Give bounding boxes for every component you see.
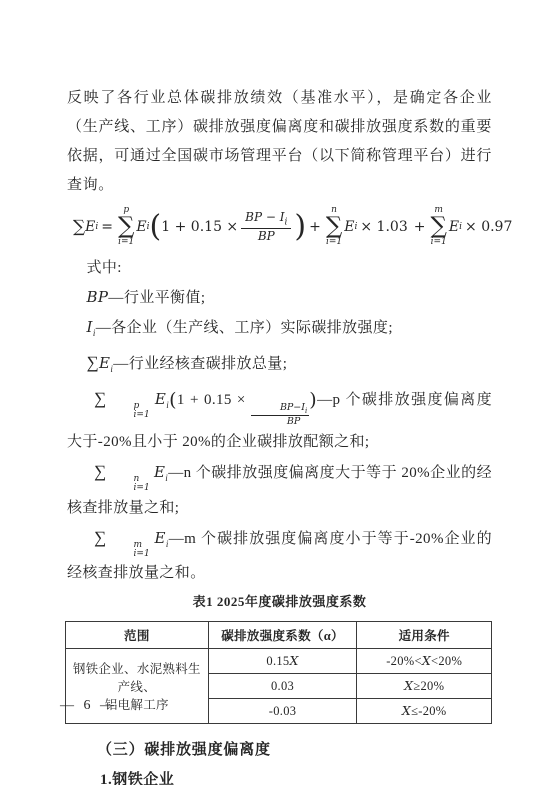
where-label: 式中: [67,254,492,283]
inner-expression: 1 + 0.15 × [161,219,238,235]
main-formula: ∑Ei = p ∑ i=1 Ei ( 1 + 0.15 × BP − Ii BP… [73,200,492,254]
definition-sum-m: ∑mi=1 Ei—m 个碳排放强度偏离度小于等于-20%企业的经核查排放量之和。 [67,523,492,589]
close-paren: ) [309,389,317,411]
section-heading: （三）碳排放强度偏离度 [67,738,492,762]
formula-lhs: ∑Ei = [73,217,116,237]
definition-ii: Ii—各企业（生产线、工序）实际碳排放强度; [67,313,492,348]
coefficient-table: 范围 碳排放强度系数（α） 适用条件 钢铁企业、水泥熟料生产线、铝电解工序 0.… [65,621,492,724]
summation-p: p ∑ i=1 [118,206,134,248]
sigma-symbol: ∑ [94,528,107,547]
coefficient-cell: -0.03 [208,699,357,724]
inline-formula: ∑mi=1 Ei [94,531,169,547]
subsection-heading: 1.钢铁企业 [67,768,492,785]
inline-formula: ∑pi=1 Ei(1 + 0.15 × BP−IiBP) [94,392,317,408]
col-header-scope: 范围 [66,622,209,649]
term-e: Ei [136,219,149,235]
condition-cell: X≥20% [357,674,492,699]
close-paren: ) [294,212,306,242]
open-paren: ( [150,212,162,242]
sigma-symbol: ∑ [326,216,342,238]
coefficient-cell: 0.03 [208,674,357,699]
col-header-coefficient: 碳排放强度系数（α） [208,622,357,649]
sigma-symbol: ∑ [430,216,446,238]
document-page: 反映了各行业总体碳排放绩效（基准水平），是确定各企业（生产线、工序）碳排放强度偏… [0,0,554,785]
definition-sum-n: ∑ni=1 Ei—n 个碳排放强度偏离度大于等于 20%企业的经核查排放量之和; [67,457,492,523]
condition-cell: -20%<X<20% [357,649,492,674]
definition-sum-p: ∑pi=1 Ei(1 + 0.15 × BP−IiBP)—p 个碳排放强度偏离度… [67,384,492,457]
page-number: — 6 — [60,698,117,714]
sigma-symbol: ∑ [94,389,107,408]
fraction: BP − Ii BP [241,210,291,245]
sigma-symbol: ∑ [87,353,100,372]
summation-m: m ∑ i=1 [430,206,446,248]
open-paren: ( [169,389,177,411]
coefficient-cell: 0.15X [208,649,357,674]
col-header-condition: 适用条件 [357,622,492,649]
plus-sign: + [309,219,321,235]
sigma-symbol: ∑ [73,217,85,237]
equals-sign: = [101,219,113,235]
plus-sign: + [414,219,426,235]
definition-bp: BP—行业平衡值; [67,283,492,313]
summation-n: n ∑ i=1 [326,206,342,248]
definition-sum-e: ∑Ei—行业经核查碳排放总量; [67,348,492,384]
body-paragraph: 反映了各行业总体碳排放绩效（基准水平），是确定各企业（生产线、工序）碳排放强度偏… [67,84,492,200]
inline-formula: ∑ni=1 Ei [94,465,168,481]
term-e-103: Ei × 1.03 [344,219,410,235]
term-e-097: Ei × 0.97 [449,219,515,235]
table-title: 表1 2025年度碳排放强度系数 [67,592,492,612]
table-header-row: 范围 碳排放强度系数（α） 适用条件 [66,622,492,649]
inline-fraction: BP−IiBP [251,402,309,428]
sigma-symbol: ∑ [94,462,107,481]
table-row: 钢铁企业、水泥熟料生产线、铝电解工序 0.15X -20%<X<20% [66,649,492,674]
condition-cell: X≤-20% [357,699,492,724]
page-content: 反映了各行业总体碳排放绩效（基准水平），是确定各企业（生产线、工序）碳排放强度偏… [0,0,554,785]
sigma-symbol: ∑ [118,216,134,238]
